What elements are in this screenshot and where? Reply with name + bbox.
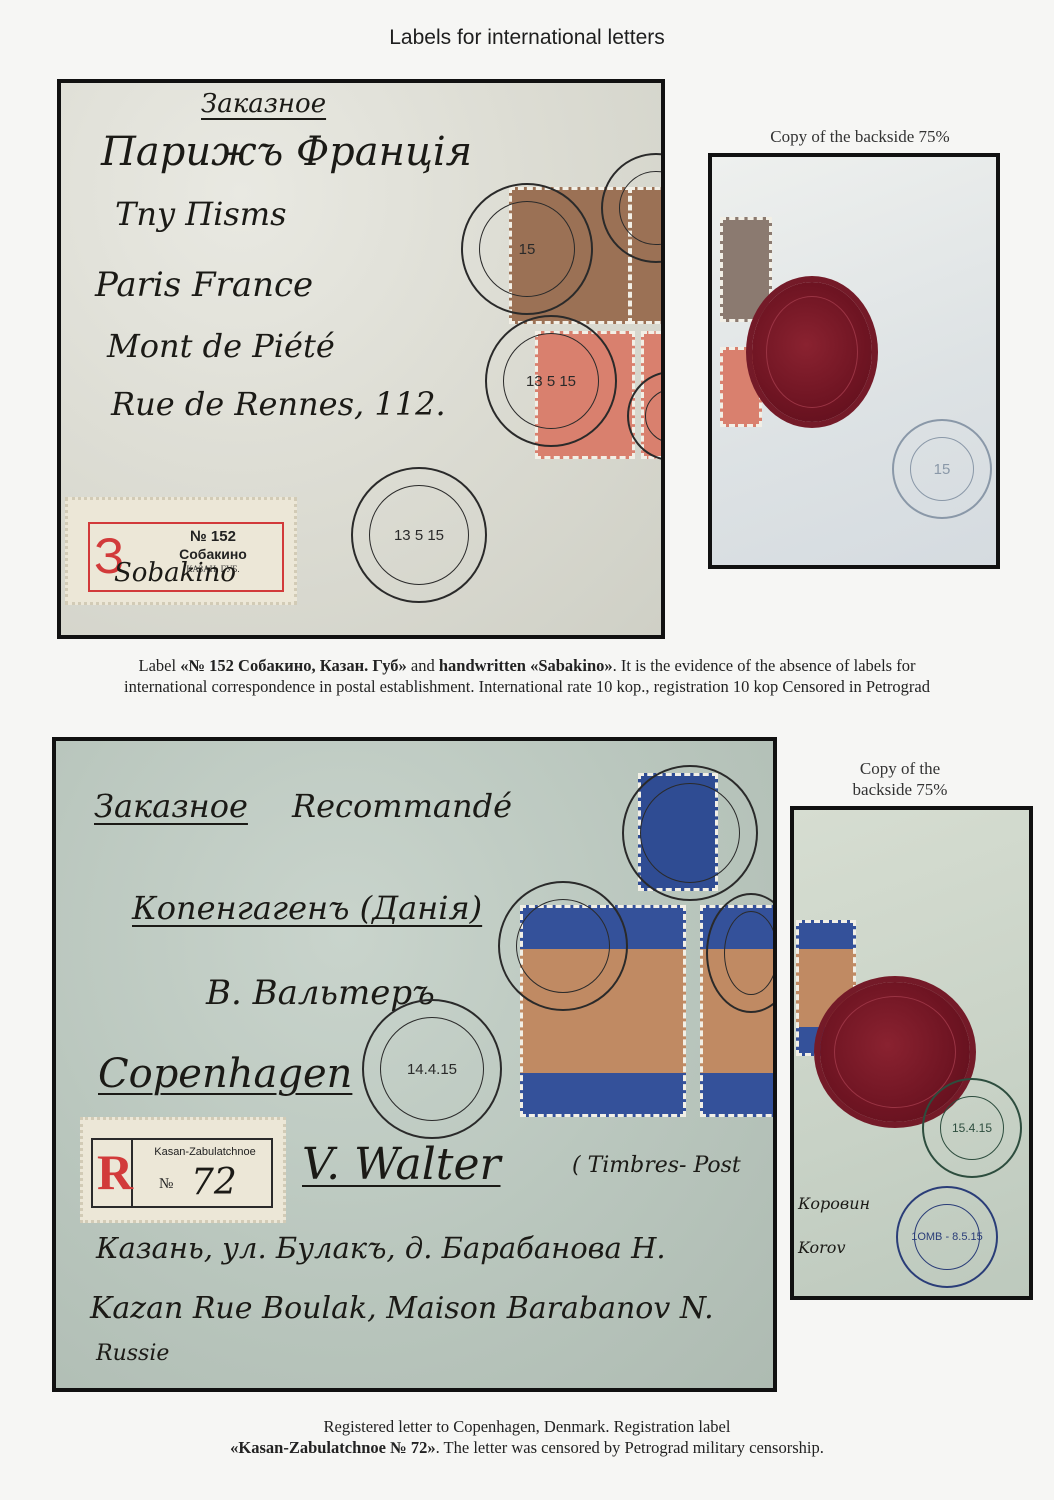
registration-place: Kasan-Zabulatchnoe [139, 1146, 271, 1158]
back1-postmark-distr: 15 [892, 419, 992, 519]
back2-hw-2: Korov [798, 1238, 845, 1257]
cover1-back: 15 [712, 157, 996, 565]
cover1-hw-line2: Tny Пisms [115, 195, 287, 233]
back2-postmark-kjobenhavn: 1OMB - 8.5.15 [896, 1186, 998, 1288]
registration-handwritten: Sobakino [114, 558, 236, 588]
postmark-sobakino-upper: 15 [461, 183, 593, 315]
cover1-hw-line0: Заказное [201, 89, 326, 119]
cover1-front-frame: Заказное Парижъ Франція Tny Пisms Paris … [57, 79, 665, 639]
cover1-hw-line3: Paris France [95, 265, 313, 305]
cover2-hw-line2: Копенгагенъ (Данія) [132, 889, 482, 927]
cover1-back-frame: 15 [708, 153, 1000, 569]
cover2-hw-line4: Copenhagen [98, 1051, 352, 1097]
cover1-hw-line5: Rue de Rennes, 112. [111, 385, 446, 423]
cover2-front-frame: Заказное Recommandé Копенгагенъ (Данія) … [52, 737, 777, 1392]
postmark-zabul-top [622, 765, 758, 901]
registration-letter: R [97, 1142, 133, 1202]
cover2-hw-line8: Russie [96, 1341, 169, 1366]
cover2-front: Заказное Recommandé Копенгагенъ (Данія) … [56, 741, 773, 1388]
registration-label-kazan: R Kasan-Zabulatchnoe № 72 [80, 1117, 286, 1223]
cover2-hw-line1a: Заказное [94, 787, 248, 825]
cover1-front: Заказное Парижъ Франція Tny Пisms Paris … [61, 83, 661, 635]
exhibit2-caption-line1: Registered letter to Copenhagen, Denmark… [20, 1416, 1034, 1437]
censor-wax-seal [752, 282, 872, 422]
cover2-hw-line1b: Recommandé [292, 787, 512, 825]
registration-label-sobakino: З № 152 Собакино КАЗАН. ГУБ. Sobakino [65, 497, 297, 605]
exhibit2-caption: Registered letter to Copenhagen, Denmark… [20, 1416, 1034, 1458]
back1-stamp-portrait [720, 217, 772, 322]
page-title: Labels for international letters [0, 26, 1054, 50]
postmark-kazan-zabulachnoe: 14.4.15 [362, 999, 502, 1139]
cover2-back: 15.4.15 1OMB - 8.5.15 Коровин Korov [794, 810, 1029, 1296]
registration-number: № 152 [128, 528, 298, 545]
postmark-sobakino-lower: 13 5 15 [351, 467, 487, 603]
exhibit2-caption-line2: «Kasan-Zabulatchnoe № 72». The letter wa… [20, 1437, 1034, 1458]
cover2-back-frame: 15.4.15 1OMB - 8.5.15 Коровин Korov [790, 806, 1033, 1300]
cover2-hw-line5a: V. Walter [302, 1139, 501, 1190]
postmark-kazan-middle [498, 881, 628, 1011]
back2-caption: Copy of the backside 75% [790, 758, 1010, 800]
cover1-hw-line4: Mont de Piété [107, 327, 335, 365]
back2-postmark-kazan: 15.4.15 [922, 1078, 1022, 1178]
registration-number: 72 [191, 1162, 237, 1203]
postmark-sobakino-middle: 13 5 15 [485, 315, 617, 447]
cover2-hw-line5b: ( Timbres- Post [572, 1153, 741, 1178]
cover1-hw-line1: Парижъ Франція [101, 129, 472, 175]
exhibit1-caption-line1: Label «№ 152 Собакино, Казан. Губ» and h… [20, 655, 1034, 676]
back1-caption: Copy of the backside 75% [700, 126, 1020, 147]
cover2-hw-line6: Казань, ул. Булакъ, д. Барабанова Н. [96, 1231, 666, 1265]
exhibit1-caption: Label «№ 152 Собакино, Казан. Губ» and h… [20, 655, 1034, 697]
back2-hw-1: Коровин [798, 1194, 870, 1213]
cover2-hw-line7: Kazan Rue Boulak, Maison Barabanov N. [90, 1291, 714, 1326]
registration-number-prefix: № [159, 1176, 173, 1193]
exhibit1-caption-line2: international correspondence in postal e… [20, 676, 1034, 697]
